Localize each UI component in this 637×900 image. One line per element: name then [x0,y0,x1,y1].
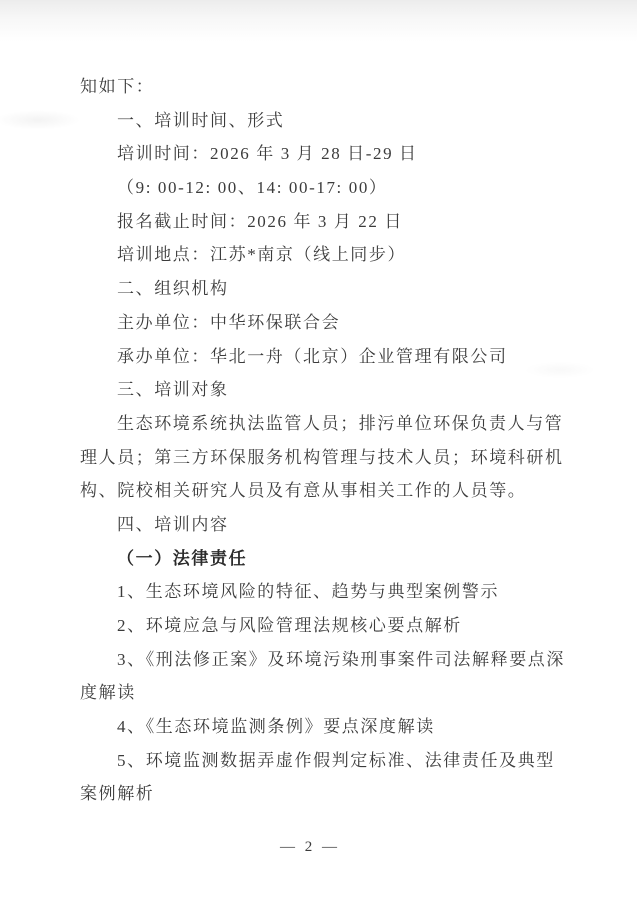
text-line: 一、培训时间、形式 [80,104,580,138]
text-line: 培训地点：江苏*南京（线上同步） [80,238,580,272]
text-line: 二、组织机构 [80,272,580,306]
text-line: （9: 00-12: 00、14: 00-17: 00） [80,171,580,205]
text-line: （一）法律责任 [80,542,580,576]
text-line: 报名截止时间：2026 年 3 月 22 日 [80,205,580,239]
text-line: 承办单位：华北一舟（北京）企业管理有限公司 [80,340,580,374]
text-line: 理人员；第三方环保服务机构管理与技术人员；环境科研机 [80,441,580,475]
text-line: 主办单位：中华环保联合会 [80,306,580,340]
text-line: 5、环境监测数据弄虚作假判定标准、法律责任及典型 [80,744,580,778]
page-number: — 2 — [0,831,620,864]
text-line: 4、《生态环境监测条例》要点深度解读 [80,710,580,744]
text-line: 度解读 [80,676,580,710]
text-line: 三、培训对象 [80,373,580,407]
text-line: 四、培训内容 [80,508,580,542]
text-line: 构、院校相关研究人员及有意从事相关工作的人员等。 [80,474,580,508]
document-body: 知如下：一、培训时间、形式培训时间：2026 年 3 月 28 日-29 日（9… [80,70,580,811]
text-line: 培训时间：2026 年 3 月 28 日-29 日 [80,137,580,171]
scanned-document-page: 知如下：一、培训时间、形式培训时间：2026 年 3 月 28 日-29 日（9… [0,0,637,900]
text-line: 生态环境系统执法监管人员；排污单位环保负责人与管 [80,407,580,441]
text-line: 3、《刑法修正案》及环境污染刑事案件司法解释要点深 [80,643,580,677]
text-line: 2、环境应急与风险管理法规核心要点解析 [80,609,580,643]
text-line: 1、生态环境风险的特征、趋势与典型案例警示 [80,575,580,609]
text-line: 知如下： [80,70,580,104]
text-line: 案例解析 [80,777,580,811]
